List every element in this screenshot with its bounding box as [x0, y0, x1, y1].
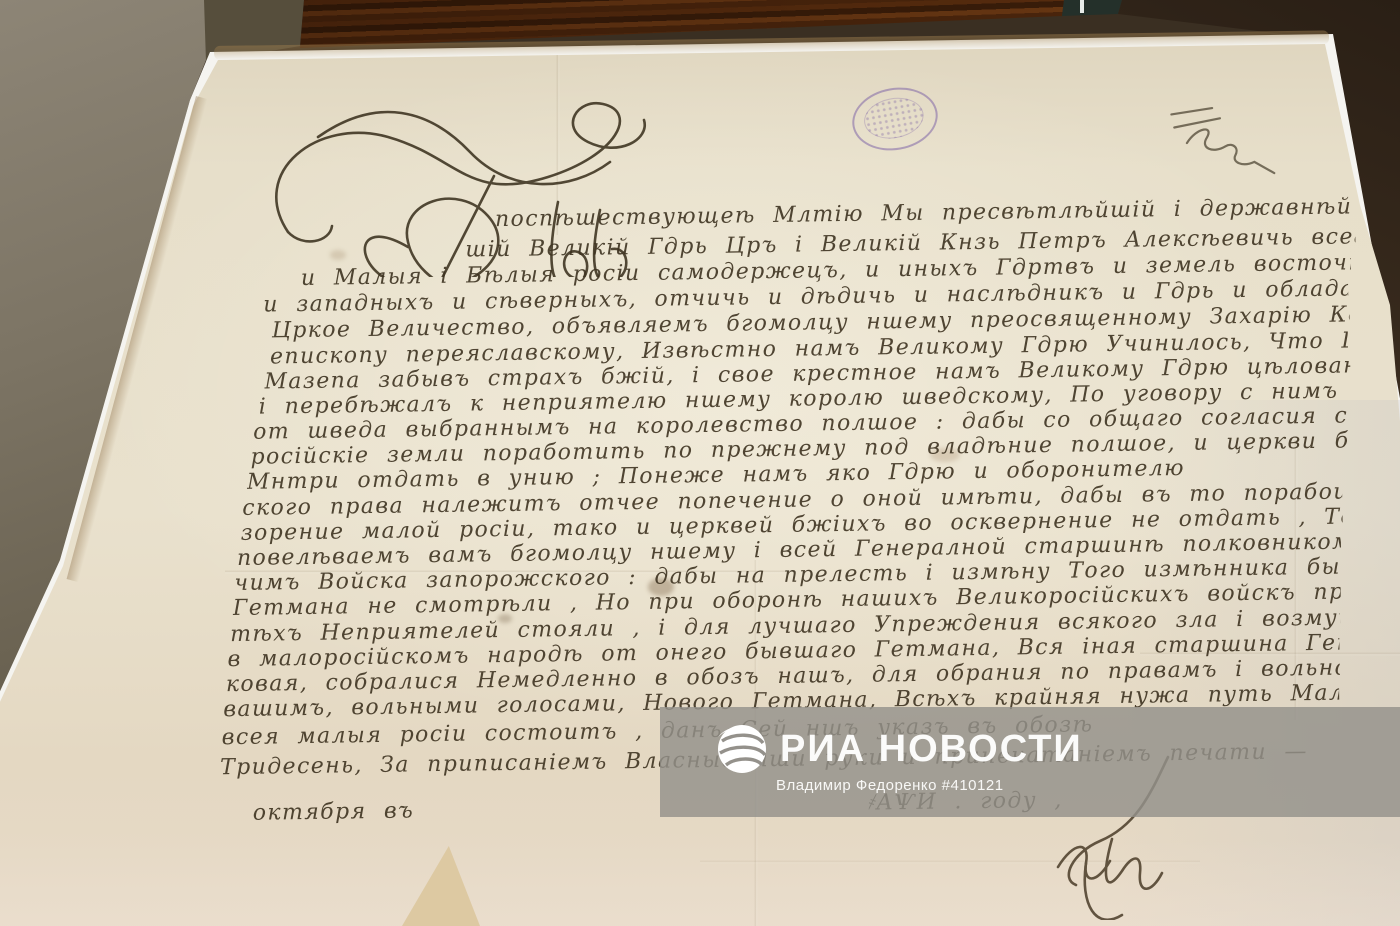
photo-of-historical-manuscript: поспѣшествующеѣ Млтiю Мы пресвѣтлѣйшiй i… [0, 0, 1400, 926]
watermark-credit: Владимир Федоренко #410121 [776, 777, 1004, 794]
stamp-texture [861, 93, 927, 143]
watermark-band: РИА НОВОСТИ Владимир Федоренко #410121 [660, 707, 1400, 817]
ria-novosti-globe-icon [716, 723, 768, 775]
manuscript-date-month: октября въ [253, 796, 553, 825]
watermark-brand: РИА НОВОСТИ [780, 728, 1083, 771]
